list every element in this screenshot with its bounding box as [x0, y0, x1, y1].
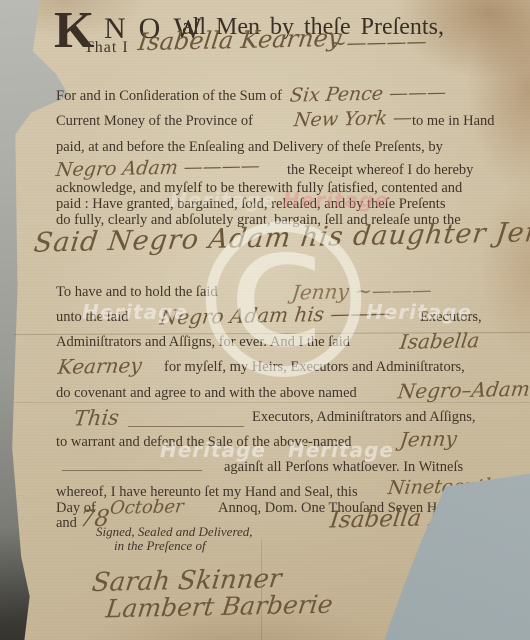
- heading-flourish: ~————: [329, 29, 429, 55]
- jenny-handwritten: Jenny: [399, 426, 459, 451]
- line-sum: For and in Conſideration of the Sum of: [56, 88, 282, 105]
- sum-handwritten: Six Pence ———: [289, 81, 448, 106]
- line-warrant: to warrant and defend the Sale of the ab…: [56, 434, 352, 451]
- line-unto-tail: Executors,: [420, 309, 482, 326]
- blank-rule: [128, 426, 244, 427]
- line-presence: in the Preſence of: [114, 538, 206, 554]
- line-administrators: Adminiſtrators and Aſſigns, for ever. An…: [56, 334, 350, 351]
- line-acknowledge: acknowledge, and myſelf to be therewith …: [56, 180, 462, 197]
- line-money-tail: to me in Hand: [412, 113, 495, 130]
- kearney-handwritten: Kearney: [57, 353, 144, 379]
- line-executors: Executors, Adminiſtrators and Aſſigns,: [252, 409, 476, 426]
- line-receipt: the Receipt whereof I do hereby: [287, 162, 473, 179]
- line-against: againſt all Perſons whatſoever. In Witne…: [224, 459, 463, 476]
- isabella-handwritten: Isabella: [399, 328, 481, 354]
- month-handwritten: October: [109, 496, 185, 519]
- line-covenant: do covenant and agree to and with the ab…: [56, 385, 357, 402]
- heading-that-i: That I: [84, 39, 129, 57]
- this-handwritten: This: [73, 405, 121, 430]
- payer-handwritten: Negro Adam ————: [55, 155, 261, 181]
- line-granted: paid : Have granted, bargained, ſold, re…: [56, 196, 445, 213]
- grantor-name-handwritten: Isabella Kearney: [136, 24, 343, 56]
- line-and: and: [56, 515, 77, 532]
- unto-handwritten: Negro Adam his ———: [159, 301, 392, 330]
- line-heirs: for myſelf, my Heirs, Executors and Admi…: [164, 359, 465, 376]
- blank-rule: [62, 470, 202, 471]
- line-paid: paid, at and before the Enſealing and De…: [56, 139, 443, 156]
- covenant-handwritten: Negro–Adam: [397, 377, 530, 404]
- line-unto: unto the ſaid: [56, 309, 129, 326]
- line-money: Current Money of the Province of: [56, 113, 253, 130]
- document-photo: K NOW all Men by theſe Preſents, That I …: [0, 0, 530, 640]
- witness-signature-2: Lambert Barberie: [104, 590, 334, 624]
- line-witness: whereof, I have hereunto ſet my Hand and…: [56, 484, 358, 501]
- line-tohave: To have and to hold the ſaid: [56, 284, 218, 301]
- province-handwritten: New York —: [293, 107, 414, 132]
